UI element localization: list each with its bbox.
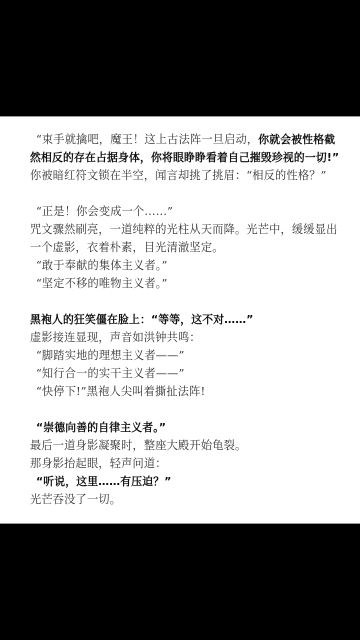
text-segment: 你被暗红符文锁在半空，闻言却挑了挑眉：“相反的性格？” [30,169,327,182]
text-segment: “坚定不移的唯物主义者。” [36,277,168,290]
text-segment: 一个虚影，衣着朴素，目光清澈坚定。 [30,241,224,254]
image-page[interactable]: “束手就擒吧，魔王！这上古法阵一旦启动，你就会被性格截然相反的存在占据身体，你将… [0,116,360,524]
story-text: “束手就擒吧，魔王！这上古法阵一旦启动，你就会被性格截然相反的存在占据身体，你将… [30,131,342,527]
text-line: 黑袍人的狂笑僵在脸上：“等等，这不对……” [30,311,342,329]
paragraph: “束手就擒吧，魔王！这上古法阵一旦启动，你就会被性格截然相反的存在占据身体，你将… [30,131,342,185]
text-segment: “敢于奉献的集体主义者。” [36,259,168,272]
bold-text-segment: “听说，这里……有压迫？” [36,475,172,488]
text-line: “脚踏实地的理想主义者——” [30,347,342,365]
text-segment: “束手就擒吧，魔王！这上古法阵一旦启动， [36,133,258,146]
text-line: 你被暗红符文锁在半空，闻言却挑了挑眉：“相反的性格？” [30,167,342,185]
text-line: “知行合一的实干主义者——” [30,365,342,383]
paragraph: “正是！你会变成一个……”咒文骤然刷亮，一道纯粹的光柱从天而降。光芒中，缓缓显出… [30,203,342,293]
text-line: “敢于奉献的集体主义者。” [30,257,342,275]
text-line: “正是！你会变成一个……” [30,203,342,221]
text-segment: “知行合一的实干主义者——” [36,367,185,380]
text-segment: 咒文骤然刷亮，一道纯粹的光柱从天而降。光芒中，缓缓显出 [30,223,337,236]
text-line: “快停下!”黑袍人尖叫着撕扯法阵! [30,383,342,401]
bold-text-segment: 你就会被性格截 [258,133,335,146]
paragraph: 黑袍人的狂笑僵在脸上：“等等，这不对……”虚影接连显现，声音如洪钟共鸣：“脚踏实… [30,311,342,401]
text-segment: 最后一道身影凝聚时，整座大殿开始龟裂。 [30,439,246,452]
text-segment: “脚踏实地的理想主义者——” [36,349,185,362]
text-line: 光芒吞没了一切。 [30,491,342,509]
text-line: 一个虚影，衣着朴素，目光清澈坚定。 [30,239,342,257]
bold-text-segment: “崇德向善的自律主义者。” [36,421,166,434]
text-line: “束手就擒吧，魔王！这上古法阵一旦启动，你就会被性格截 [30,131,342,149]
text-segment: 那身影抬起眼，轻声问道： [30,457,167,470]
bold-text-segment: 然相反的存在占据身体，你将眼睁睁看着自己摧毁珍视的一切!” [30,151,339,164]
text-segment: “正是！你会变成一个……” [36,205,173,218]
text-line: “听说，这里……有压迫？” [30,473,342,491]
text-segment: 光芒吞没了一切。 [30,493,121,506]
text-line: 咒文骤然刷亮，一道纯粹的光柱从天而降。光芒中，缓缓显出 [30,221,342,239]
image-viewer: “束手就擒吧，魔王！这上古法阵一旦启动，你就会被性格截然相反的存在占据身体，你将… [0,0,360,640]
text-line: 然相反的存在占据身体，你将眼睁睁看着自己摧毁珍视的一切!” [30,149,342,167]
text-segment: 虚影接连显现，声音如洪钟共鸣： [30,331,201,344]
text-line: 虚影接连显现，声音如洪钟共鸣： [30,329,342,347]
paragraph: “崇德向善的自律主义者。”最后一道身影凝聚时，整座大殿开始龟裂。那身影抬起眼，轻… [30,419,342,509]
text-line: “坚定不移的唯物主义者。” [30,275,342,293]
text-line: “崇德向善的自律主义者。” [30,419,342,437]
bold-text-segment: 黑袍人的狂笑僵在脸上：“等等，这不对……” [30,313,254,326]
text-line: 那身影抬起眼，轻声问道： [30,455,342,473]
text-segment: “快停下!”黑袍人尖叫着撕扯法阵! [36,385,205,398]
text-line: 最后一道身影凝聚时，整座大殿开始龟裂。 [30,437,342,455]
